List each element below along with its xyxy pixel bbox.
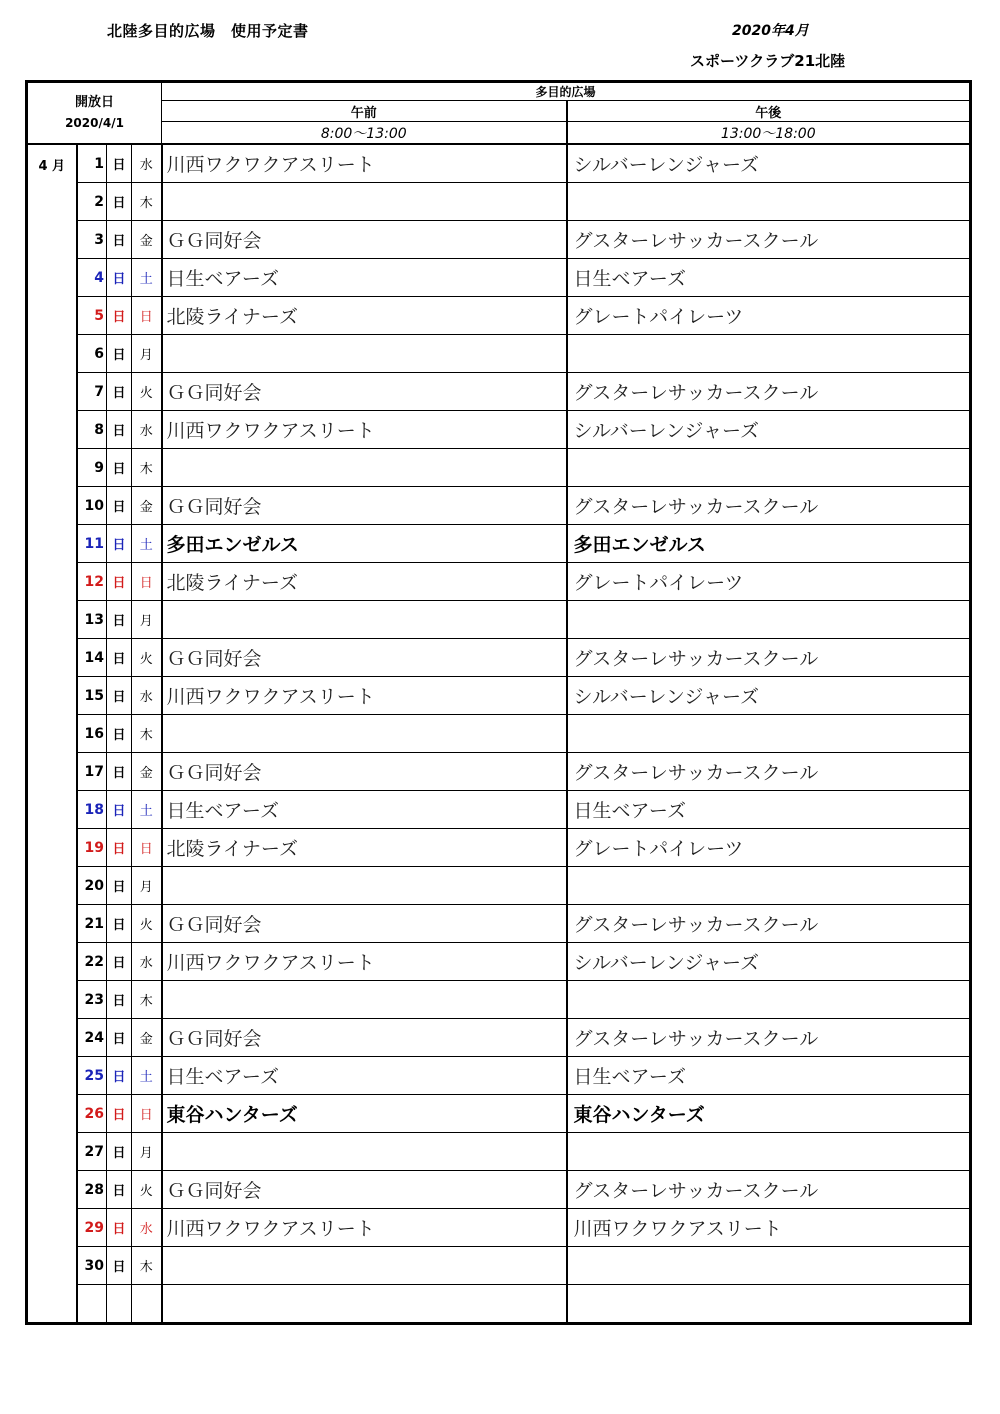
pm-booking: グレートパイレーツ bbox=[567, 297, 971, 335]
weekday: 土 bbox=[132, 525, 162, 563]
table-row bbox=[27, 1285, 971, 1324]
day-number: 26 bbox=[77, 1095, 107, 1133]
weekday: 土 bbox=[132, 1057, 162, 1095]
pm-booking bbox=[567, 1247, 971, 1285]
weekday: 水 bbox=[132, 1209, 162, 1247]
table-row: 4 月1日水川西ワクワクアスリートシルバーレンジャーズ bbox=[27, 144, 971, 183]
table-row: 22日水川西ワクワクアスリートシルバーレンジャーズ bbox=[27, 943, 971, 981]
day-unit: 日 bbox=[107, 411, 132, 449]
day-unit: 日 bbox=[107, 335, 132, 373]
am-booking: ＧＧ同好会 bbox=[162, 639, 567, 677]
day-number: 14 bbox=[77, 639, 107, 677]
table-row: 20日月 bbox=[27, 867, 971, 905]
venue-header: 多目的広場 bbox=[162, 82, 971, 101]
open-day-date: 2020/4/1 bbox=[28, 113, 161, 133]
am-booking bbox=[162, 449, 567, 487]
day-unit: 日 bbox=[107, 1095, 132, 1133]
table-row: 28日火ＧＧ同好会グスターレサッカースクール bbox=[27, 1171, 971, 1209]
day-unit: 日 bbox=[107, 715, 132, 753]
weekday: 水 bbox=[132, 677, 162, 715]
weekday: 日 bbox=[132, 297, 162, 335]
pm-booking: グスターレサッカースクール bbox=[567, 905, 971, 943]
day-unit: 日 bbox=[107, 601, 132, 639]
pm-booking: グスターレサッカースクール bbox=[567, 1019, 971, 1057]
day-unit: 日 bbox=[107, 1019, 132, 1057]
am-booking: ＧＧ同好会 bbox=[162, 373, 567, 411]
day-unit: 日 bbox=[107, 1171, 132, 1209]
weekday: 火 bbox=[132, 905, 162, 943]
day-number: 13 bbox=[77, 601, 107, 639]
am-booking bbox=[162, 981, 567, 1019]
table-row: 6日月 bbox=[27, 335, 971, 373]
day-unit: 日 bbox=[107, 905, 132, 943]
am-booking: 川西ワクワクアスリート bbox=[162, 144, 567, 183]
table-row: 11日土多田エンゼルス多田エンゼルス bbox=[27, 525, 971, 563]
weekday: 火 bbox=[132, 639, 162, 677]
table-row: 30日木 bbox=[27, 1247, 971, 1285]
am-booking: ＧＧ同好会 bbox=[162, 1171, 567, 1209]
pm-booking bbox=[567, 449, 971, 487]
pm-booking: シルバーレンジャーズ bbox=[567, 144, 971, 183]
am-booking: 川西ワクワクアスリート bbox=[162, 677, 567, 715]
am-booking: 北陵ライナーズ bbox=[162, 563, 567, 601]
day-number bbox=[77, 1285, 107, 1324]
table-row: 2日木 bbox=[27, 183, 971, 221]
weekday: 日 bbox=[132, 563, 162, 601]
day-unit: 日 bbox=[107, 677, 132, 715]
day-number: 2 bbox=[77, 183, 107, 221]
day-unit: 日 bbox=[107, 753, 132, 791]
weekday: 月 bbox=[132, 867, 162, 905]
pm-time: 13:00～18:00 bbox=[567, 122, 971, 145]
day-number: 29 bbox=[77, 1209, 107, 1247]
pm-booking bbox=[567, 183, 971, 221]
pm-booking: グスターレサッカースクール bbox=[567, 1171, 971, 1209]
weekday: 水 bbox=[132, 411, 162, 449]
am-booking: 日生ベアーズ bbox=[162, 1057, 567, 1095]
table-row: 15日水川西ワクワクアスリートシルバーレンジャーズ bbox=[27, 677, 971, 715]
day-unit bbox=[107, 1285, 132, 1324]
day-number: 20 bbox=[77, 867, 107, 905]
open-day-header: 開放日 2020/4/1 bbox=[27, 82, 162, 145]
am-booking bbox=[162, 601, 567, 639]
day-number: 27 bbox=[77, 1133, 107, 1171]
day-unit: 日 bbox=[107, 791, 132, 829]
pm-booking: シルバーレンジャーズ bbox=[567, 677, 971, 715]
am-booking: ＧＧ同好会 bbox=[162, 905, 567, 943]
day-number: 5 bbox=[77, 297, 107, 335]
pm-booking bbox=[567, 601, 971, 639]
day-number: 25 bbox=[77, 1057, 107, 1095]
pm-booking: グスターレサッカースクール bbox=[567, 487, 971, 525]
table-row: 18日土日生ベアーズ日生ベアーズ bbox=[27, 791, 971, 829]
am-booking: 川西ワクワクアスリート bbox=[162, 1209, 567, 1247]
day-unit: 日 bbox=[107, 943, 132, 981]
day-unit: 日 bbox=[107, 829, 132, 867]
am-booking: 多田エンゼルス bbox=[162, 525, 567, 563]
pm-booking: 日生ベアーズ bbox=[567, 259, 971, 297]
pm-booking: 日生ベアーズ bbox=[567, 791, 971, 829]
day-unit: 日 bbox=[107, 563, 132, 601]
day-unit: 日 bbox=[107, 183, 132, 221]
am-booking: 川西ワクワクアスリート bbox=[162, 411, 567, 449]
day-number: 10 bbox=[77, 487, 107, 525]
weekday: 金 bbox=[132, 487, 162, 525]
table-row: 27日月 bbox=[27, 1133, 971, 1171]
weekday: 木 bbox=[132, 183, 162, 221]
table-row: 3日金ＧＧ同好会グスターレサッカースクール bbox=[27, 221, 971, 259]
day-number: 8 bbox=[77, 411, 107, 449]
pm-booking bbox=[567, 715, 971, 753]
weekday: 日 bbox=[132, 1095, 162, 1133]
weekday: 日 bbox=[132, 829, 162, 867]
am-booking bbox=[162, 715, 567, 753]
table-row: 23日木 bbox=[27, 981, 971, 1019]
pm-booking bbox=[567, 335, 971, 373]
pm-booking: グスターレサッカースクール bbox=[567, 221, 971, 259]
table-row: 8日水川西ワクワクアスリートシルバーレンジャーズ bbox=[27, 411, 971, 449]
table-row: 7日火ＧＧ同好会グスターレサッカースクール bbox=[27, 373, 971, 411]
am-header: 午前 bbox=[162, 101, 567, 122]
pm-booking: 多田エンゼルス bbox=[567, 525, 971, 563]
pm-booking: シルバーレンジャーズ bbox=[567, 411, 971, 449]
day-number: 3 bbox=[77, 221, 107, 259]
day-number: 11 bbox=[77, 525, 107, 563]
weekday bbox=[132, 1285, 162, 1324]
document-month: 2020年4月 bbox=[732, 20, 809, 40]
am-booking bbox=[162, 1133, 567, 1171]
am-booking: ＧＧ同好会 bbox=[162, 1019, 567, 1057]
day-number: 7 bbox=[77, 373, 107, 411]
day-unit: 日 bbox=[107, 144, 132, 183]
pm-header: 午後 bbox=[567, 101, 971, 122]
weekday: 木 bbox=[132, 1247, 162, 1285]
table-row: 21日火ＧＧ同好会グスターレサッカースクール bbox=[27, 905, 971, 943]
schedule-body: 4 月1日水川西ワクワクアスリートシルバーレンジャーズ2日木3日金ＧＧ同好会グス… bbox=[27, 144, 971, 1324]
day-unit: 日 bbox=[107, 1133, 132, 1171]
am-booking: 日生ベアーズ bbox=[162, 791, 567, 829]
weekday: 金 bbox=[132, 221, 162, 259]
day-number: 22 bbox=[77, 943, 107, 981]
day-number: 21 bbox=[77, 905, 107, 943]
day-number: 24 bbox=[77, 1019, 107, 1057]
open-day-label: 開放日 bbox=[28, 93, 161, 113]
day-number: 16 bbox=[77, 715, 107, 753]
am-booking bbox=[162, 183, 567, 221]
pm-booking: シルバーレンジャーズ bbox=[567, 943, 971, 981]
weekday: 木 bbox=[132, 715, 162, 753]
table-row: 4日土日生ベアーズ日生ベアーズ bbox=[27, 259, 971, 297]
am-booking: 東谷ハンターズ bbox=[162, 1095, 567, 1133]
am-booking: 川西ワクワクアスリート bbox=[162, 943, 567, 981]
table-row: 29日水川西ワクワクアスリート川西ワクワクアスリート bbox=[27, 1209, 971, 1247]
weekday: 月 bbox=[132, 601, 162, 639]
weekday: 金 bbox=[132, 1019, 162, 1057]
table-row: 24日金ＧＧ同好会グスターレサッカースクール bbox=[27, 1019, 971, 1057]
day-number: 18 bbox=[77, 791, 107, 829]
pm-booking: 日生ベアーズ bbox=[567, 1057, 971, 1095]
weekday: 水 bbox=[132, 144, 162, 183]
day-unit: 日 bbox=[107, 867, 132, 905]
weekday: 土 bbox=[132, 791, 162, 829]
am-booking: ＧＧ同好会 bbox=[162, 753, 567, 791]
am-time: 8:00～13:00 bbox=[162, 122, 567, 145]
pm-booking bbox=[567, 981, 971, 1019]
pm-booking: グレートパイレーツ bbox=[567, 829, 971, 867]
weekday: 木 bbox=[132, 449, 162, 487]
weekday: 火 bbox=[132, 373, 162, 411]
day-unit: 日 bbox=[107, 487, 132, 525]
day-unit: 日 bbox=[107, 297, 132, 335]
day-number: 15 bbox=[77, 677, 107, 715]
table-row: 14日火ＧＧ同好会グスターレサッカースクール bbox=[27, 639, 971, 677]
am-booking: ＧＧ同好会 bbox=[162, 487, 567, 525]
pm-booking: グスターレサッカースクール bbox=[567, 753, 971, 791]
weekday: 月 bbox=[132, 335, 162, 373]
am-booking bbox=[162, 335, 567, 373]
weekday: 水 bbox=[132, 943, 162, 981]
day-number: 23 bbox=[77, 981, 107, 1019]
day-unit: 日 bbox=[107, 449, 132, 487]
day-number: 17 bbox=[77, 753, 107, 791]
am-booking: 北陵ライナーズ bbox=[162, 829, 567, 867]
weekday: 土 bbox=[132, 259, 162, 297]
day-unit: 日 bbox=[107, 221, 132, 259]
table-row: 17日金ＧＧ同好会グスターレサッカースクール bbox=[27, 753, 971, 791]
document-title: 北陸多目的広場 使用予定書 bbox=[107, 20, 309, 41]
weekday: 木 bbox=[132, 981, 162, 1019]
table-row: 9日木 bbox=[27, 449, 971, 487]
am-booking: ＧＧ同好会 bbox=[162, 221, 567, 259]
organization-name: スポーツクラブ21北陸 bbox=[690, 50, 845, 71]
am-booking bbox=[162, 1285, 567, 1324]
pm-booking: 東谷ハンターズ bbox=[567, 1095, 971, 1133]
weekday: 金 bbox=[132, 753, 162, 791]
weekday: 月 bbox=[132, 1133, 162, 1171]
day-number: 9 bbox=[77, 449, 107, 487]
month-label: 4 月 bbox=[27, 144, 77, 1324]
schedule-table: 開放日 2020/4/1 多目的広場 午前 午後 8:00～13:00 13:0… bbox=[25, 80, 972, 1325]
day-unit: 日 bbox=[107, 1247, 132, 1285]
table-row: 13日月 bbox=[27, 601, 971, 639]
day-unit: 日 bbox=[107, 373, 132, 411]
day-unit: 日 bbox=[107, 1057, 132, 1095]
table-row: 19日日北陵ライナーズグレートパイレーツ bbox=[27, 829, 971, 867]
am-booking: 日生ベアーズ bbox=[162, 259, 567, 297]
day-unit: 日 bbox=[107, 639, 132, 677]
day-number: 6 bbox=[77, 335, 107, 373]
weekday: 火 bbox=[132, 1171, 162, 1209]
pm-booking: グスターレサッカースクール bbox=[567, 373, 971, 411]
day-number: 28 bbox=[77, 1171, 107, 1209]
table-row: 10日金ＧＧ同好会グスターレサッカースクール bbox=[27, 487, 971, 525]
table-row: 5日日北陵ライナーズグレートパイレーツ bbox=[27, 297, 971, 335]
table-row: 25日土日生ベアーズ日生ベアーズ bbox=[27, 1057, 971, 1095]
pm-booking: グスターレサッカースクール bbox=[567, 639, 971, 677]
day-number: 4 bbox=[77, 259, 107, 297]
day-unit: 日 bbox=[107, 1209, 132, 1247]
pm-booking: 川西ワクワクアスリート bbox=[567, 1209, 971, 1247]
day-unit: 日 bbox=[107, 525, 132, 563]
pm-booking: グレートパイレーツ bbox=[567, 563, 971, 601]
pm-booking bbox=[567, 1133, 971, 1171]
pm-booking bbox=[567, 867, 971, 905]
pm-booking bbox=[567, 1285, 971, 1324]
day-number: 12 bbox=[77, 563, 107, 601]
am-booking bbox=[162, 867, 567, 905]
table-row: 26日日東谷ハンターズ東谷ハンターズ bbox=[27, 1095, 971, 1133]
day-number: 30 bbox=[77, 1247, 107, 1285]
day-number: 19 bbox=[77, 829, 107, 867]
am-booking bbox=[162, 1247, 567, 1285]
day-unit: 日 bbox=[107, 981, 132, 1019]
day-unit: 日 bbox=[107, 259, 132, 297]
am-booking: 北陵ライナーズ bbox=[162, 297, 567, 335]
day-number: 1 bbox=[77, 144, 107, 183]
table-row: 12日日北陵ライナーズグレートパイレーツ bbox=[27, 563, 971, 601]
table-row: 16日木 bbox=[27, 715, 971, 753]
